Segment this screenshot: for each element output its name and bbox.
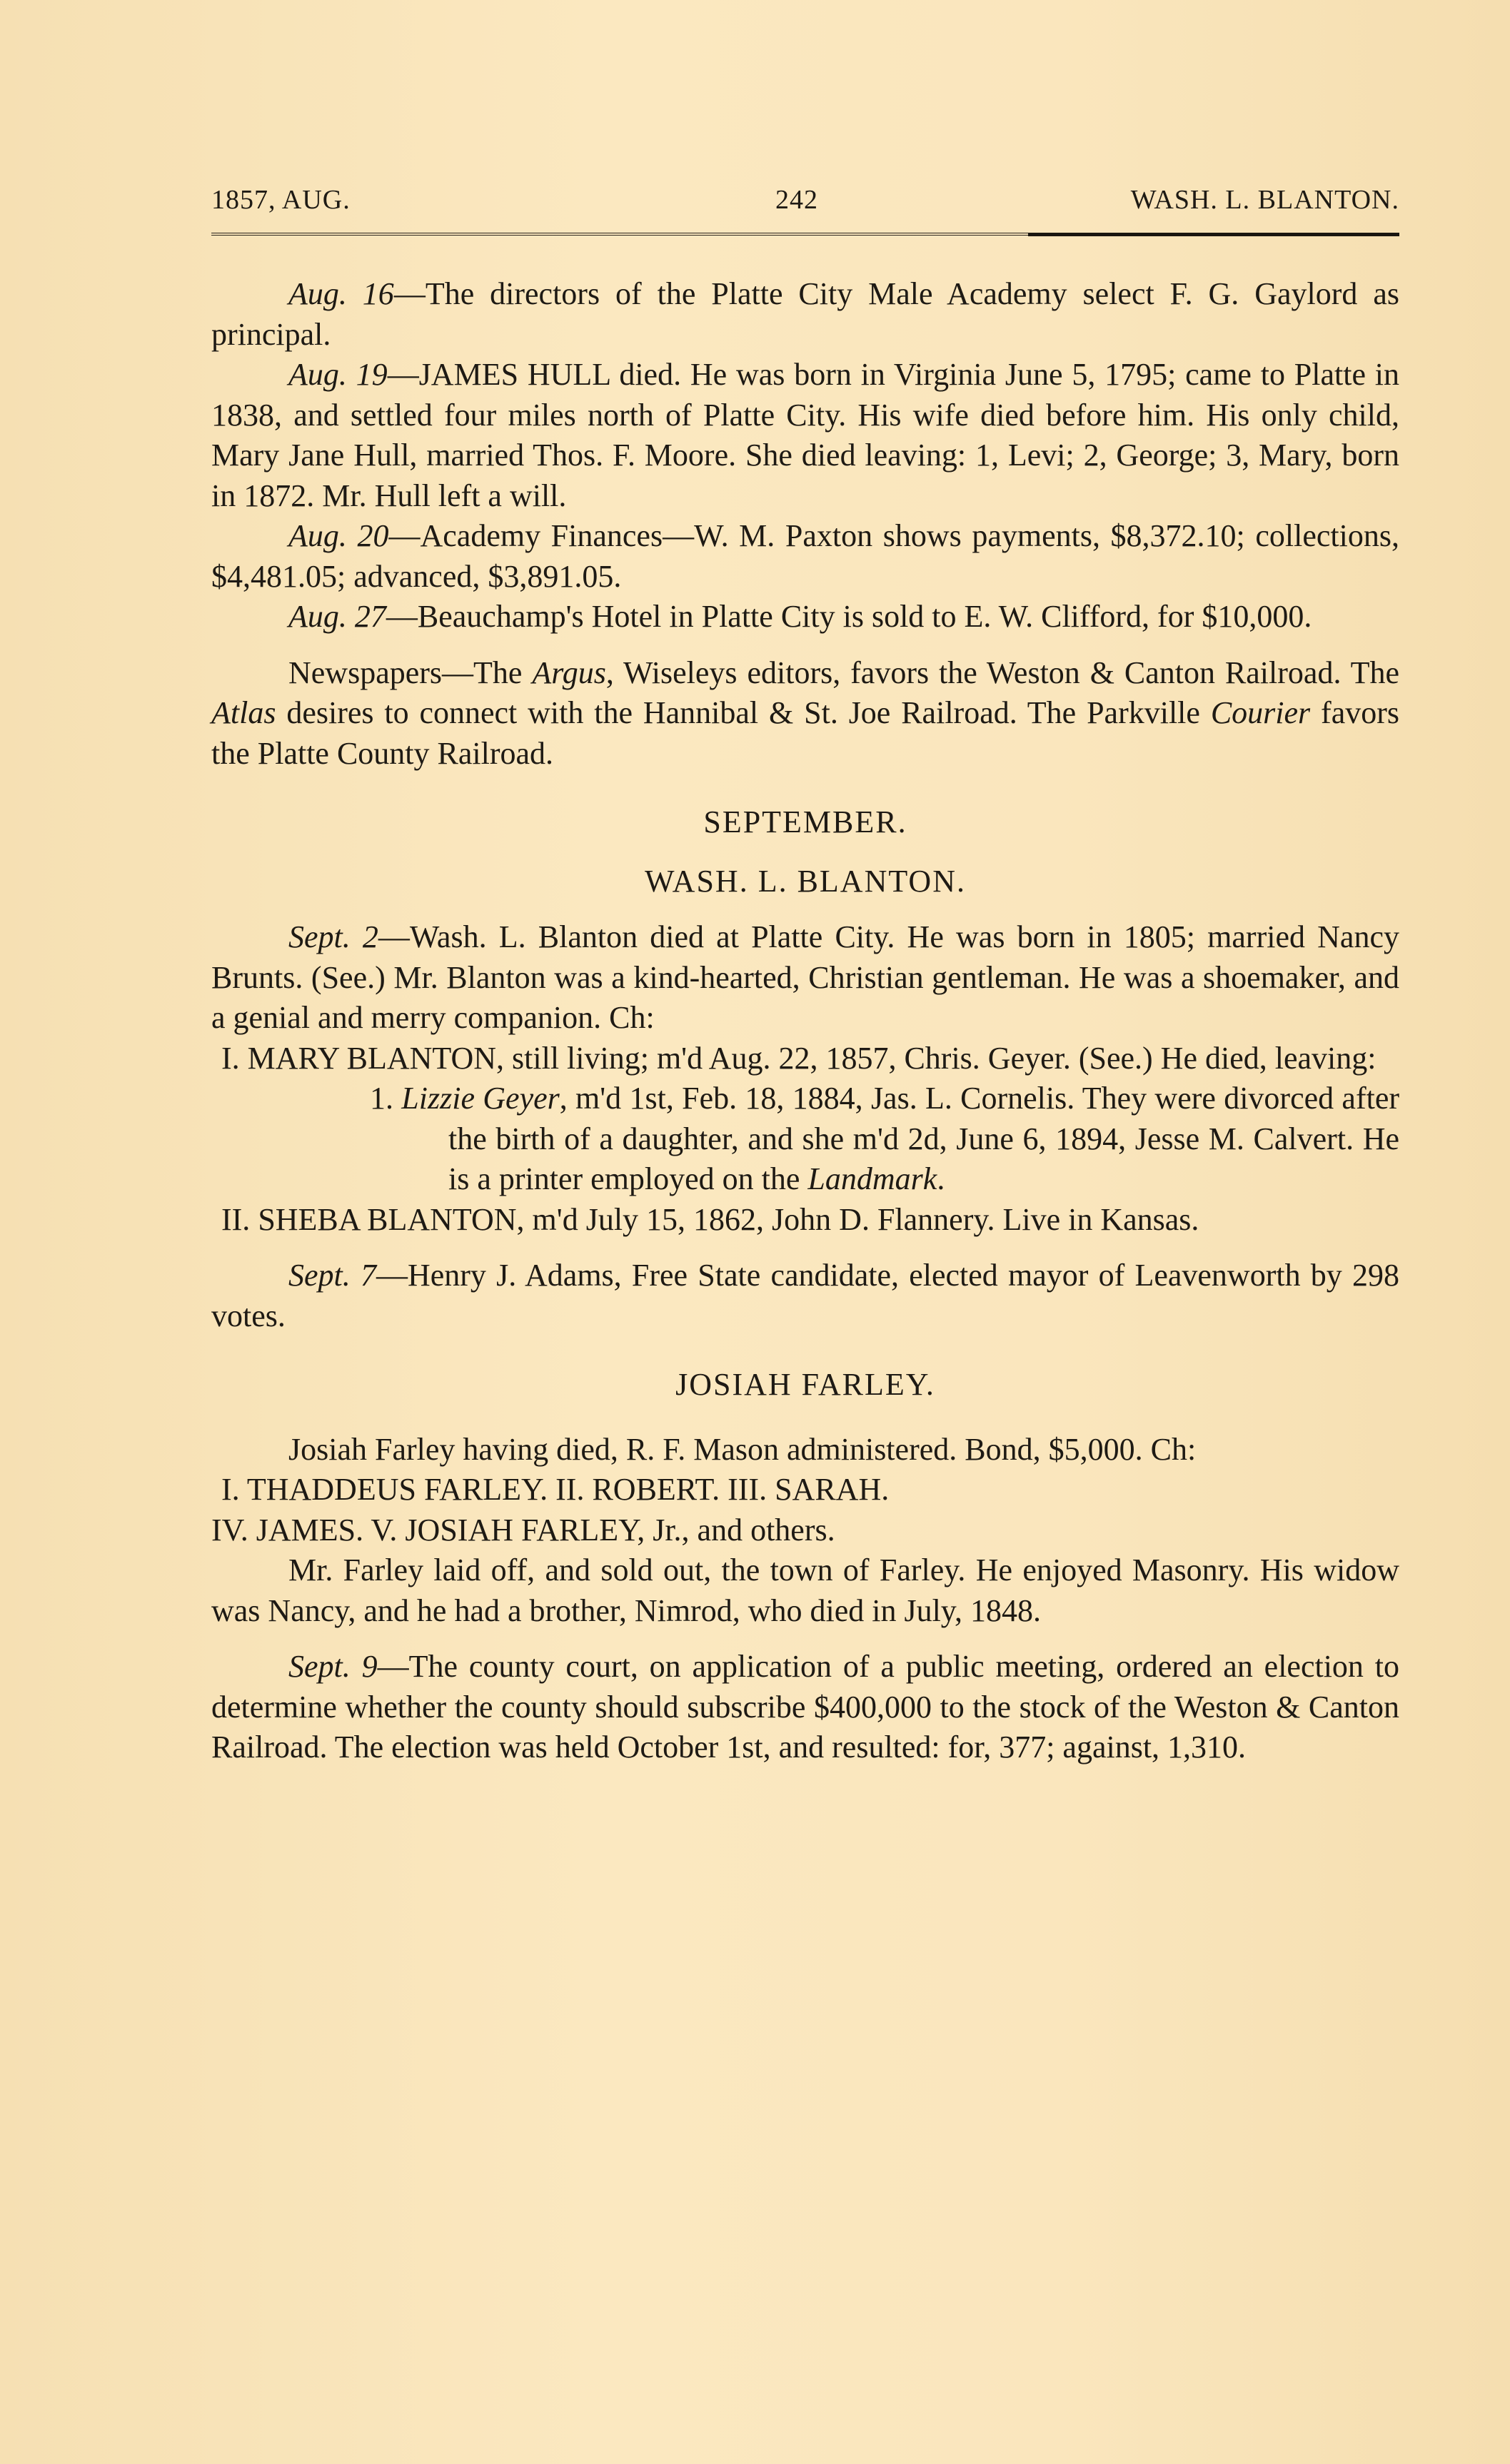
entry-date: Sept. 7 [288,1258,376,1293]
entry-sept2: Sept. 2—Wash. L. Blanton died at Platte … [211,917,1399,1039]
entry-text: —Wash. L. Blanton died at Platte City. H… [211,919,1399,1035]
child-text: SHEBA BLANTON, m'd July 15, 1862, John D… [258,1202,1199,1237]
entry-sept9: Sept. 9—The county court, on application… [211,1647,1399,1768]
entry-aug19: Aug. 19—JAMES HULL died. He was born in … [211,355,1399,516]
section-heading-september: SEPTEMBER. [211,802,1399,843]
child-numeral: I. [221,1041,240,1076]
entry-date: Aug. 27 [288,599,386,634]
running-head-title: WASH. L. BLANTON. [1131,184,1399,216]
entry-date: Sept. 2 [288,919,378,954]
farley-intro: Josiah Farley having died, R. F. Mason a… [211,1430,1399,1470]
entry-text: —Academy Finances—W. M. Paxton shows pay… [211,518,1399,594]
entry-aug16: Aug. 16—The directors of the Platte City… [211,274,1399,355]
page-number: 242 [775,184,818,216]
entry-date: Aug. 19 [288,357,388,392]
entry-sept7: Sept. 7—Henry J. Adams, Free State candi… [211,1256,1399,1336]
section-heading-josiah-farley: JOSIAH FARLEY. [211,1365,1399,1405]
newspaper-title-argus: Argus [532,655,606,690]
child-entry-sheba-blanton: II. SHEBA BLANTON, m'd July 15, 1862, Jo… [221,1200,1399,1241]
entry-date: Sept. 9 [288,1649,378,1684]
page-body: Aug. 16—The directors of the Platte City… [211,274,1399,1768]
child-numeral: II. [221,1202,250,1237]
newspaper-title-landmark: Landmark [807,1161,937,1196]
farley-note: Mr. Farley laid off, and sold out, the t… [211,1550,1399,1631]
entry-text: —The county court, on application of a p… [211,1649,1399,1764]
entry-date: Aug. 16 [288,276,394,311]
farley-children-line-2: IV. JAMES. V. JOSIAH FARLEY, Jr., and ot… [211,1510,1399,1551]
entry-date: Aug. 20 [288,518,388,553]
newspaper-title-atlas: Atlas [211,695,276,730]
running-head: 1857, AUG. 242 WASH. L. BLANTON. [211,171,1399,228]
child-text: MARY BLANTON, still living; m'd Aug. 22,… [248,1041,1376,1076]
entry-newspapers: Newspapers—The Argus, Wiseleys editors, … [211,653,1399,774]
running-head-date: 1857, AUG. [211,184,351,216]
grandchild-number: 1. [370,1081,393,1116]
newspaper-title-courier: Courier [1211,695,1310,730]
book-page: 1857, AUG. 242 WASH. L. BLANTON. Aug. 16… [211,171,1399,1768]
entry-text: —Beauchamp's Hotel in Platte City is sol… [386,599,1312,634]
text-run: desires to connect with the Hannibal & S… [276,695,1210,730]
child-entry-mary-blanton: I. MARY BLANTON, still living; m'd Aug. … [211,1039,1399,1079]
entry-aug27: Aug. 27—Beauchamp's Hotel in Platte City… [211,597,1399,637]
text-run: Newspapers—The [288,655,532,690]
entry-aug20: Aug. 20—Academy Finances—W. M. Paxton sh… [211,516,1399,597]
section-subheading-blanton: WASH. L. BLANTON. [211,862,1399,902]
header-rule [211,233,1399,236]
farley-children-line-1: I. THADDEUS FARLEY. II. ROBERT. III. SAR… [211,1470,1399,1510]
text-run: , Wiseleys editors, favors the Weston & … [606,655,1399,690]
text-run: . [937,1161,945,1196]
grandchild-name: Lizzie Geyer [401,1081,559,1116]
entry-text: —Henry J. Adams, Free State candidate, e… [211,1258,1399,1333]
grandchild-entry-lizzie-geyer: 1. Lizzie Geyer, m'd 1st, Feb. 18, 1884,… [211,1079,1399,1200]
entry-text: —JAMES HULL died. He was born in Virgini… [211,357,1399,513]
